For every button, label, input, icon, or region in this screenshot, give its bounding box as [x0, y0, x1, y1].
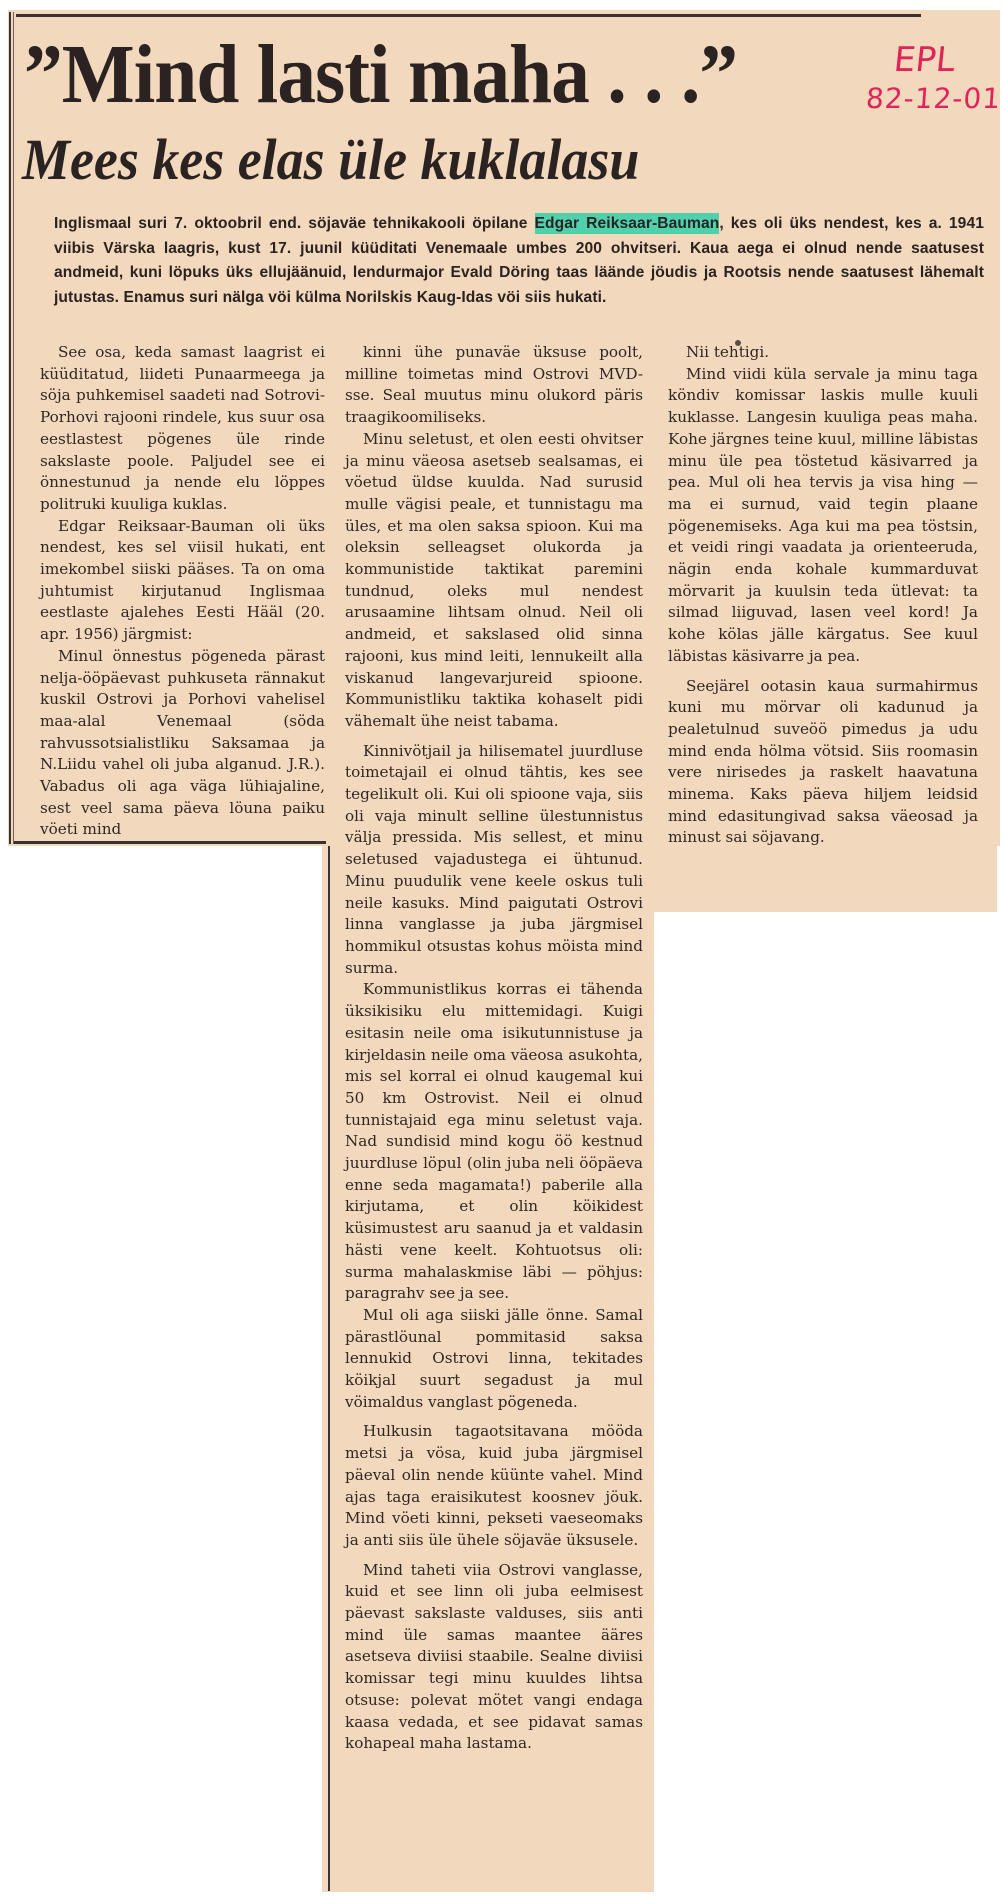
paragraph: Seejärel ootasin kaua surmahirmus kuni m… [668, 676, 978, 850]
paragraph: See osa, keda samast laagrist ei küüdita… [40, 342, 325, 516]
lead-paragraph: Inglismaal suri 7. oktoobril end. söjavä… [54, 212, 984, 310]
highlighted-name: Edgar Reiksaar-Bauman [535, 213, 720, 234]
paragraph: Kinnivötjail ja hilisematel juurdluse to… [345, 741, 643, 980]
paragraph: Mind taheti viia Ostrovi vanglasse, kuid… [345, 1560, 643, 1755]
paragraph: kinni ühe punaväe üksuse poolt, milline … [345, 342, 643, 429]
lead-text-start: Inglismaal suri 7. oktoobril end. söjavä… [54, 215, 535, 232]
paragraph: Kommunistlikus korras ei tähenda üksikis… [345, 979, 643, 1305]
article-column-2: kinni ühe punaväe üksuse poolt, milline … [345, 342, 643, 1755]
left-border-rule [9, 12, 11, 844]
handwritten-date-annotation: 82-12-01 [865, 82, 1002, 115]
column-end-rule [14, 841, 326, 844]
article-column-1: See osa, keda samast laagrist ei küüdita… [40, 342, 325, 841]
paragraph: Edgar Reiksaar-Bauman oli üks nendest, k… [40, 516, 325, 646]
paragraph: Nii tehtigi. [668, 342, 978, 364]
subheadline: Mees kes elas üle kuklalasu [22, 126, 639, 193]
paragraph: Minu seletust, et olen eesti ohvitser ja… [345, 429, 643, 733]
newspaper-clipping-right-extension [652, 846, 997, 912]
middle-column-border-rule [328, 846, 330, 1891]
left-border-rule-inner [13, 12, 14, 844]
paragraph: Hulkusin tagaotsitavana mööda metsi ja v… [345, 1421, 643, 1551]
handwritten-source-annotation: EPL [892, 40, 957, 80]
article-column-3: Nii tehtigi. Mind viidi küla servale ja … [668, 342, 978, 849]
paragraph: Minul önnestus pögeneda pärast nelja-ööp… [40, 646, 325, 841]
paragraph: Mul oli aga siiski jälle önne. Samal pär… [345, 1305, 643, 1414]
headline: ”Mind lasti maha . . .” [24, 26, 737, 123]
top-border-rule [16, 14, 921, 17]
paragraph: Mind viidi küla servale ja minu taga kön… [668, 364, 978, 668]
